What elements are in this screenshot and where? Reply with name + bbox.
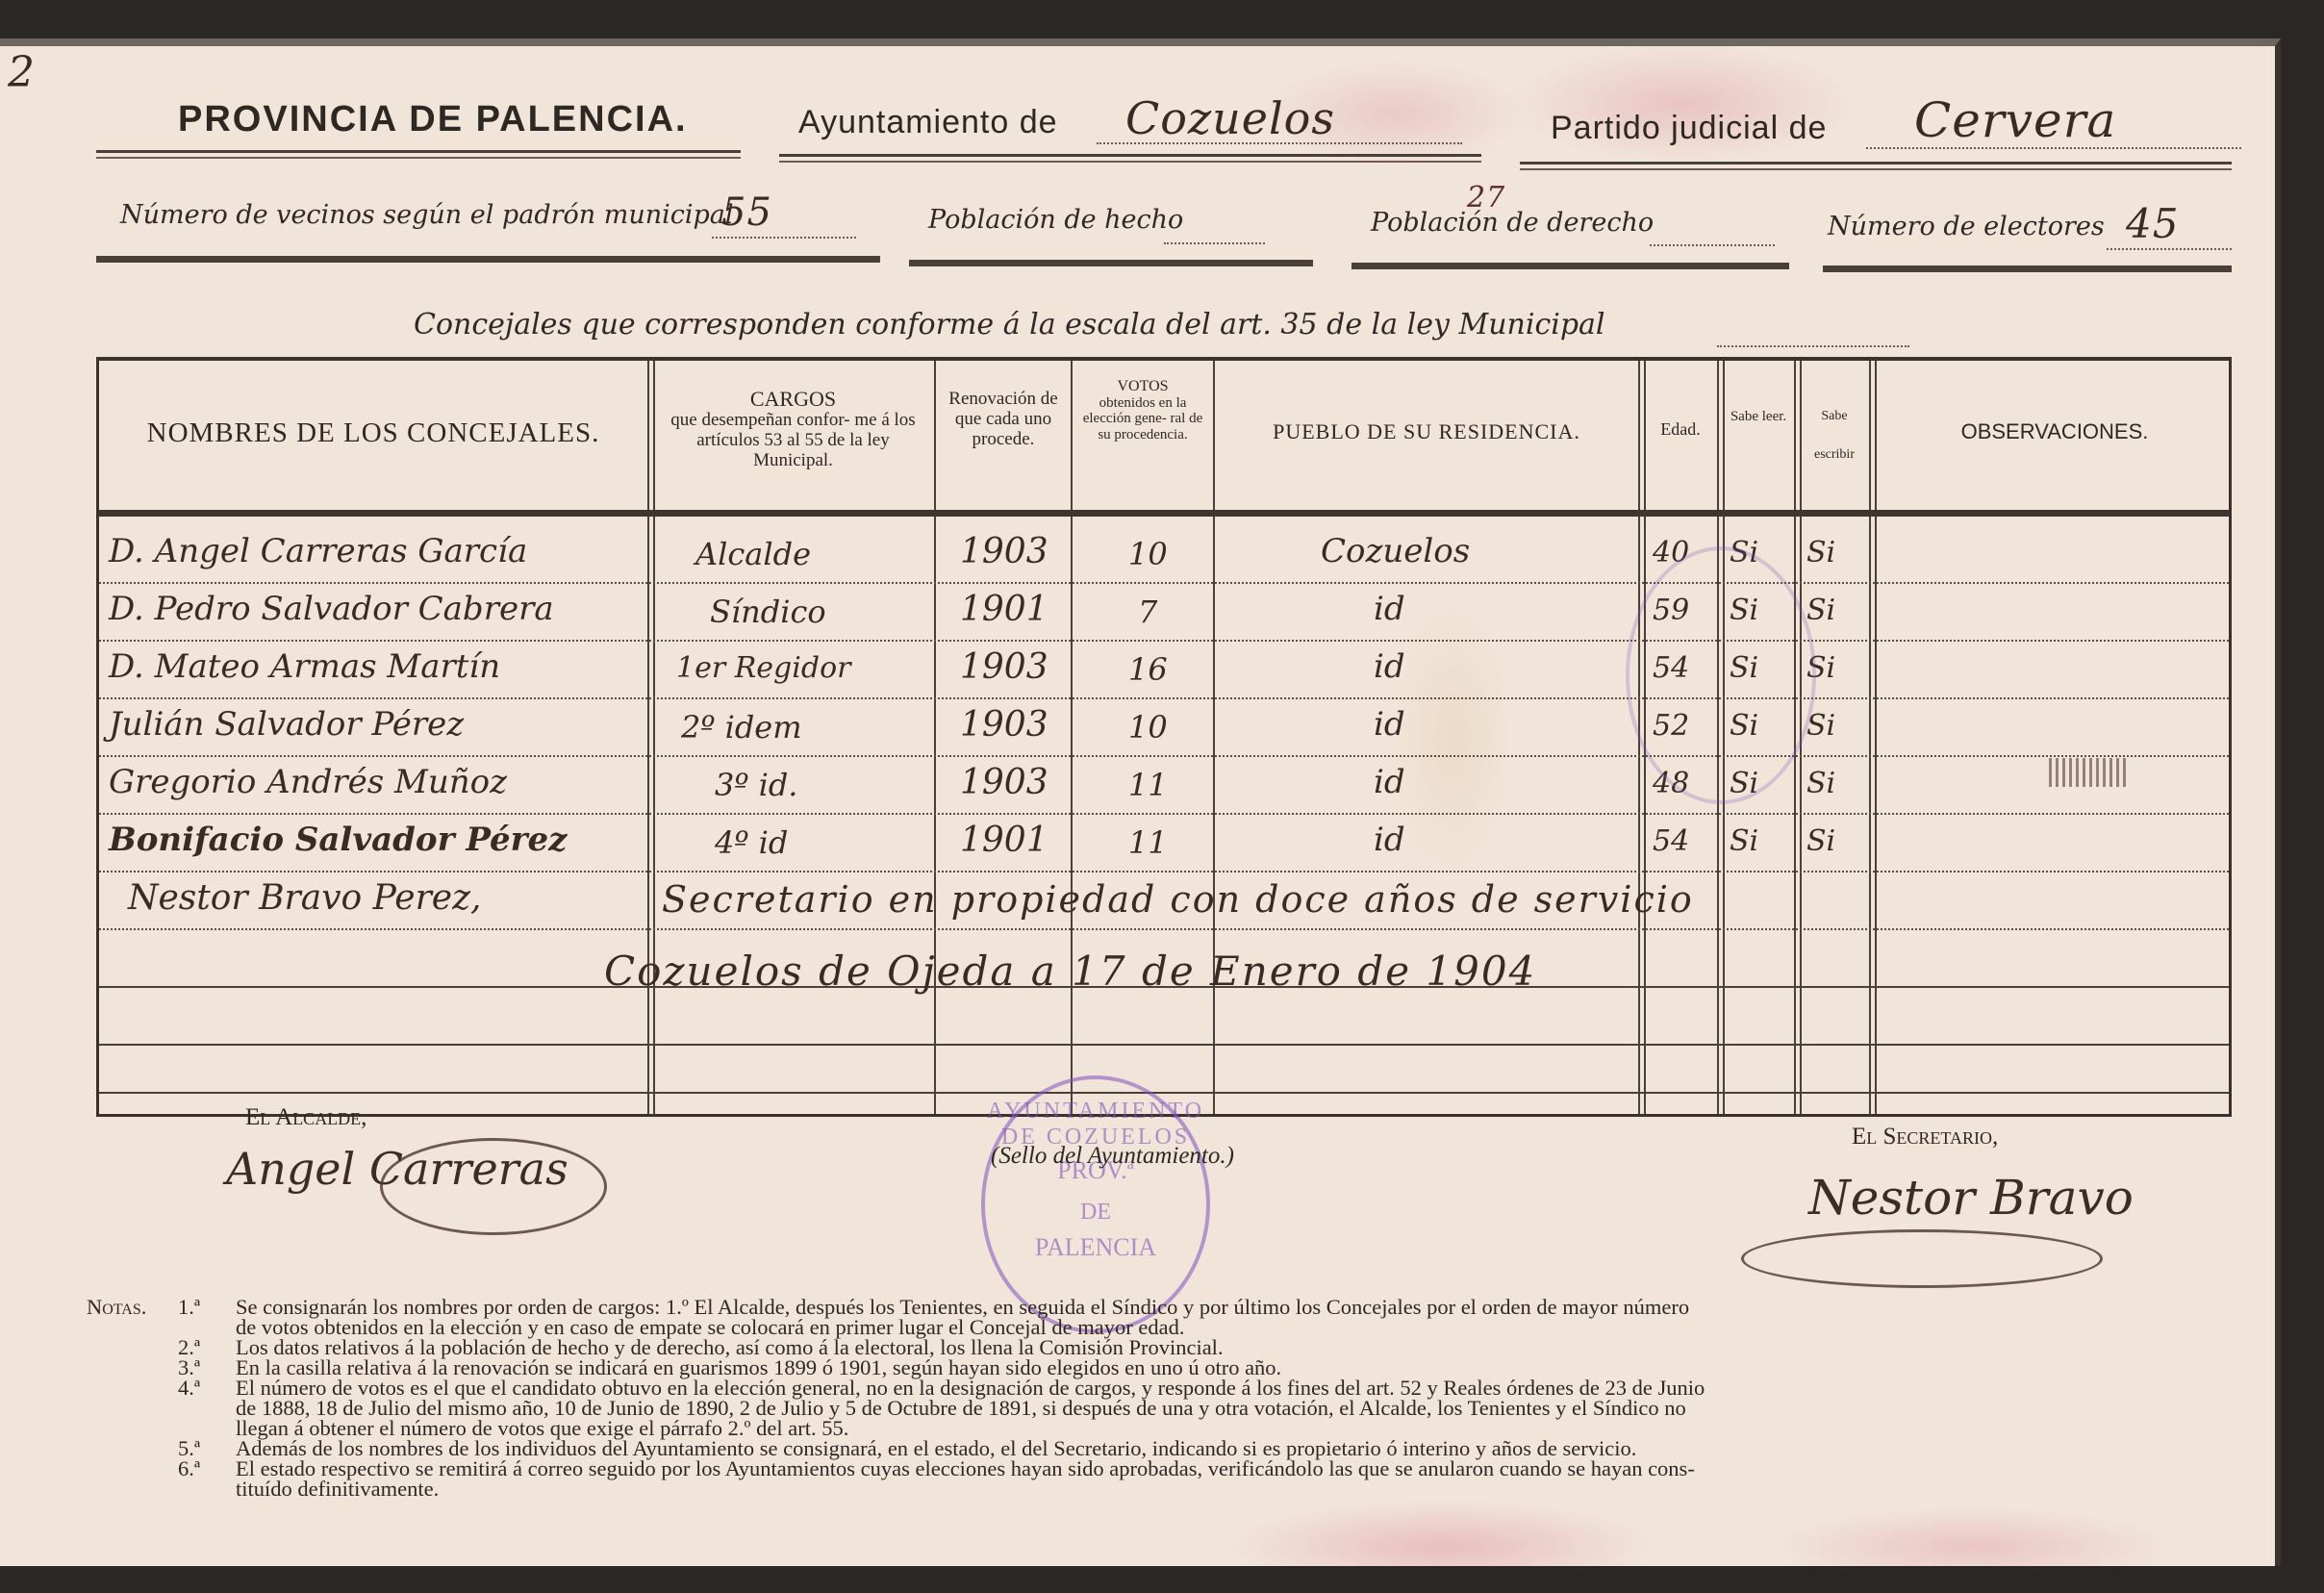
note-text: Los datos relativos á la población de he… [236,1337,2270,1357]
note-text: En la casilla relativa á la renovación s… [236,1357,2270,1378]
rule [96,150,741,159]
poblacion-hecho-label: Población de hecho [928,205,1183,235]
councillors-table: NOMBRES DE LOS CONCEJALES. CARGOS que de… [96,357,2232,1117]
note-item: 3.ª En la casilla relativa á la renovaci… [87,1357,2270,1378]
row-line [99,928,2229,930]
col-sep [934,361,936,1114]
cell-cargo: Alcalde [695,536,811,572]
poblacion-derecho-label: Población de derecho [1371,208,1654,238]
col-header-pueblo: PUEBLO DE SU RESIDENCIA. [1215,420,1638,443]
note-text: El número de votos es el que el candidat… [236,1378,2270,1398]
rule [96,256,880,263]
cell-cargo: 1er Regidor [676,651,850,685]
note-item: 6.ª El estado respectivo se remitirá á c… [87,1458,2270,1479]
row-line [99,1044,2229,1046]
col-sep [1213,361,1215,1114]
rule [909,260,1313,266]
cell-votos: 10 [1128,536,1168,572]
poblacion-derecho-value: 27 [1467,181,1505,215]
cell-votos: 16 [1128,651,1168,688]
col-header-votos-title: VOTOS [1076,378,1209,395]
cell-votos: 10 [1128,709,1168,746]
rule [1351,263,1789,269]
note-number: 2.ª [178,1337,236,1357]
poblacion-derecho-field-line [1650,239,1775,246]
secretario-signature: Nestor Bravo [1808,1170,2134,1226]
vecinos-value: 55 [721,190,772,235]
col-header-sabe-leer: Sabe leer. [1723,397,1794,436]
note-number: 6.ª [178,1458,236,1479]
col-header-votos-sub: obtenidos en la elección gene- ral de su… [1076,395,1209,443]
cell-renovacion: 1901 [960,590,1048,629]
col-sep [1869,361,1877,1114]
note-number: 4.ª [178,1378,236,1398]
partido-value: Cervera [1914,92,2116,148]
col-header-votos: VOTOS obtenidos en la elección gene- ral… [1073,378,1213,442]
cell-votos: 7 [1138,594,1157,630]
cell-pueblo: id [1374,647,1405,686]
rule [779,154,1481,163]
col-header-edad: Edad. [1644,420,1717,440]
cell-escribir: Si [1806,594,1835,627]
col-header-observaciones: OBSERVACIONES. [1875,420,2235,443]
cell-votos: 11 [1128,767,1168,803]
col-sep [1071,361,1073,1114]
cell-renovacion: 1903 [960,532,1048,571]
cell-cargo: 4º id [715,824,788,861]
cell-pueblo: Cozuelos [1321,532,1470,570]
note-number: 5.ª [178,1438,236,1458]
cell-pueblo: id [1374,821,1405,859]
row-line [99,582,2229,584]
note-text: Se consignarán los nombres por orden de … [236,1297,2270,1317]
cell-pueblo: id [1374,590,1405,628]
ayuntamiento-value: Cozuelos [1125,92,1335,144]
concejales-label: Concejales que corresponden conforme á l… [414,308,1605,341]
alcalde-label: El Alcalde, [245,1104,366,1131]
row-line [99,697,2229,699]
row-line [99,813,2229,815]
stamp-center-bottom: PALENCIA [985,1233,1206,1262]
poblacion-hecho-field-line [1164,237,1265,244]
secretario-label: El Secretario, [1852,1124,1998,1150]
cell-escribir: Si [1806,536,1835,569]
notes-section: Notas. 1.ª Se consignarán los nombres po… [87,1297,2270,1499]
electores-value: 45 [2126,200,2179,247]
row-line [99,755,2229,757]
concejales-field-line [1717,340,1909,347]
cell-escribir: Si [1806,767,1835,800]
col-header-cargos: CARGOS que desempeñan confor- me á los a… [652,388,934,471]
note-item: 4.ª El número de votos es el que el cand… [87,1378,2270,1398]
note-continuation: de 1888, 18 de Julio del mismo año, 10 d… [87,1398,2270,1418]
cell-cargo: Síndico [710,594,826,630]
signature-flourish [1741,1229,2103,1288]
cell-votos: 11 [1128,824,1168,861]
cell-renovacion: 1903 [960,705,1048,745]
sello-label: (Sello del Ayuntamiento.) [991,1143,1234,1170]
row-line [99,1092,2229,1094]
cell-nombre: Gregorio Andrés Muñoz [109,763,507,801]
note-continuation: de votos obtenidos en la elección y en c… [87,1317,2270,1337]
cell-pueblo: id [1374,763,1405,801]
cell-nombre: D. Pedro Salvador Cabrera [109,590,554,628]
ayuntamiento-label: Ayuntamiento de [798,104,1058,141]
secretary-note: Secretario en propiedad con doce años de… [662,878,1694,921]
cell-leer: Si [1730,824,1758,858]
note-text: Además de los nombres de los individuos … [236,1438,2270,1458]
partido-label: Partido judicial de [1551,110,1827,147]
note-number: 3.ª [178,1357,236,1378]
stamp-center-mid: DE [985,1200,1206,1226]
header-separator [99,510,2229,517]
secretary-name: Nestor Bravo Perez, [128,878,482,918]
cell-nombre: D. Mateo Armas Martín [109,647,500,686]
cell-renovacion: 1903 [960,647,1048,687]
cell-nombre: D. Angel Carreras García [109,532,527,570]
col-header-sabe-escribir: Sabe escribir [1800,397,1869,474]
rule [1823,265,2232,272]
document-page: 2 PROVINCIA DE PALENCIA. Ayuntamiento de… [0,38,2281,1566]
cell-renovacion: 1901 [960,821,1048,860]
note-item: 5.ª Además de los nombres de los individ… [87,1438,2270,1458]
col-header-nombres: NOMBRES DE LOS CONCEJALES. [99,418,647,449]
cell-edad: 54 [1653,824,1689,858]
province-title: PROVINCIA DE PALENCIA. [178,99,688,140]
rule [1520,162,2232,170]
row-line [99,640,2229,642]
col-header-cargos-sub: que desempeñan confor- me á los artículo… [652,411,934,471]
vecinos-label: Número de vecinos según el padrón munici… [120,200,734,230]
ink-smudge [2049,758,2126,787]
note-continuation: tituído definitivamente. [87,1479,2270,1499]
note-text: El estado respectivo se remitirá á corre… [236,1458,2270,1479]
signature-flourish [380,1138,607,1235]
col-sep [647,361,655,1114]
cell-renovacion: 1903 [960,763,1048,802]
note-number: 1.ª [178,1297,236,1317]
date-line: Cozuelos de Ojeda a 17 de Enero de 1904 [604,948,1536,995]
note-item: Notas. 1.ª Se consignarán los nombres po… [87,1297,2270,1317]
notes-label: Notas. [87,1297,178,1317]
cell-nombre: Julián Salvador Pérez [109,705,464,744]
cell-escribir: Si [1806,824,1835,858]
col-header-renovacion: Renovación de que cada uno procede. [936,390,1071,450]
page-number-mark: 2 [8,48,36,97]
note-item: 2.ª Los datos relativos á la población d… [87,1337,2270,1357]
faint-stamp [1626,546,1816,804]
cell-cargo: 3º id. [715,767,797,803]
cell-cargo: 2º idem [681,709,802,746]
col-header-cargos-title: CARGOS [652,388,934,411]
cell-nombre: Bonifacio Salvador Pérez [109,821,567,859]
note-continuation: llegan á obtener el número de votos que … [87,1418,2270,1438]
electores-label: Número de electores [1828,212,2105,241]
row-line [99,871,2229,872]
cell-pueblo: id [1374,705,1405,744]
